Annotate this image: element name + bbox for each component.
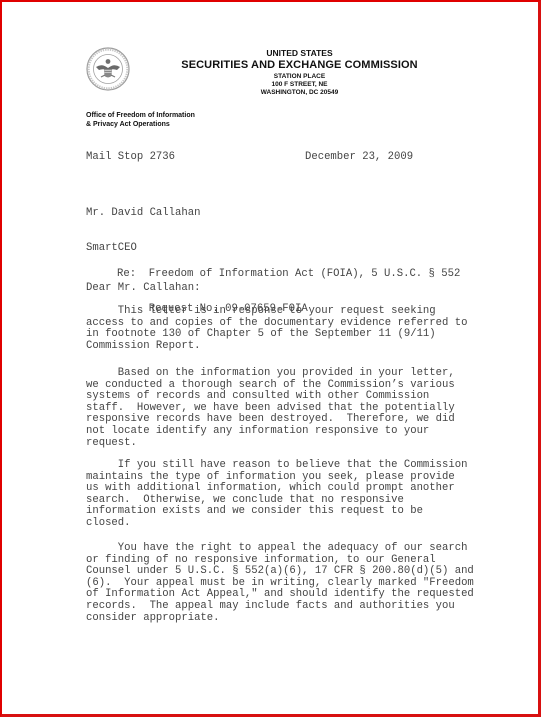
letterhead-country: UNITED STATES (29, 48, 541, 58)
letterhead-address-line2: 100 F STREET, NE (29, 81, 541, 88)
recipient-name: Mr. David Callahan (86, 208, 200, 220)
subject-label: Re: (117, 268, 136, 280)
body-paragraph: Based on the information you provided in… (86, 368, 455, 449)
letterhead-agency: SECURITIES AND EXCHANGE COMMISSION (29, 59, 541, 71)
document-page: UNITED STATES SECURITIES AND EXCHANGE CO… (0, 0, 541, 717)
body-paragraph: You have the right to appeal the adequac… (86, 543, 474, 624)
office-name: Office of Freedom of Information & Priva… (86, 111, 195, 129)
letter-date: December 23, 2009 (305, 152, 413, 164)
body-paragraph: If you still have reason to believe that… (86, 460, 467, 530)
mail-stop: Mail Stop 2736 (86, 152, 175, 164)
subject-line1: Freedom of Information Act (FOIA), 5 U.S… (149, 268, 461, 280)
office-line1: Office of Freedom of Information (86, 111, 195, 120)
letterhead-address-line1: STATION PLACE (29, 73, 541, 80)
letterhead-address-line3: WASHINGTON, DC 20549 (29, 89, 541, 96)
salutation: Dear Mr. Callahan: (86, 283, 200, 295)
office-line2: & Privacy Act Operations (86, 120, 195, 129)
body-paragraph: This letter is in response to your reque… (86, 306, 467, 352)
